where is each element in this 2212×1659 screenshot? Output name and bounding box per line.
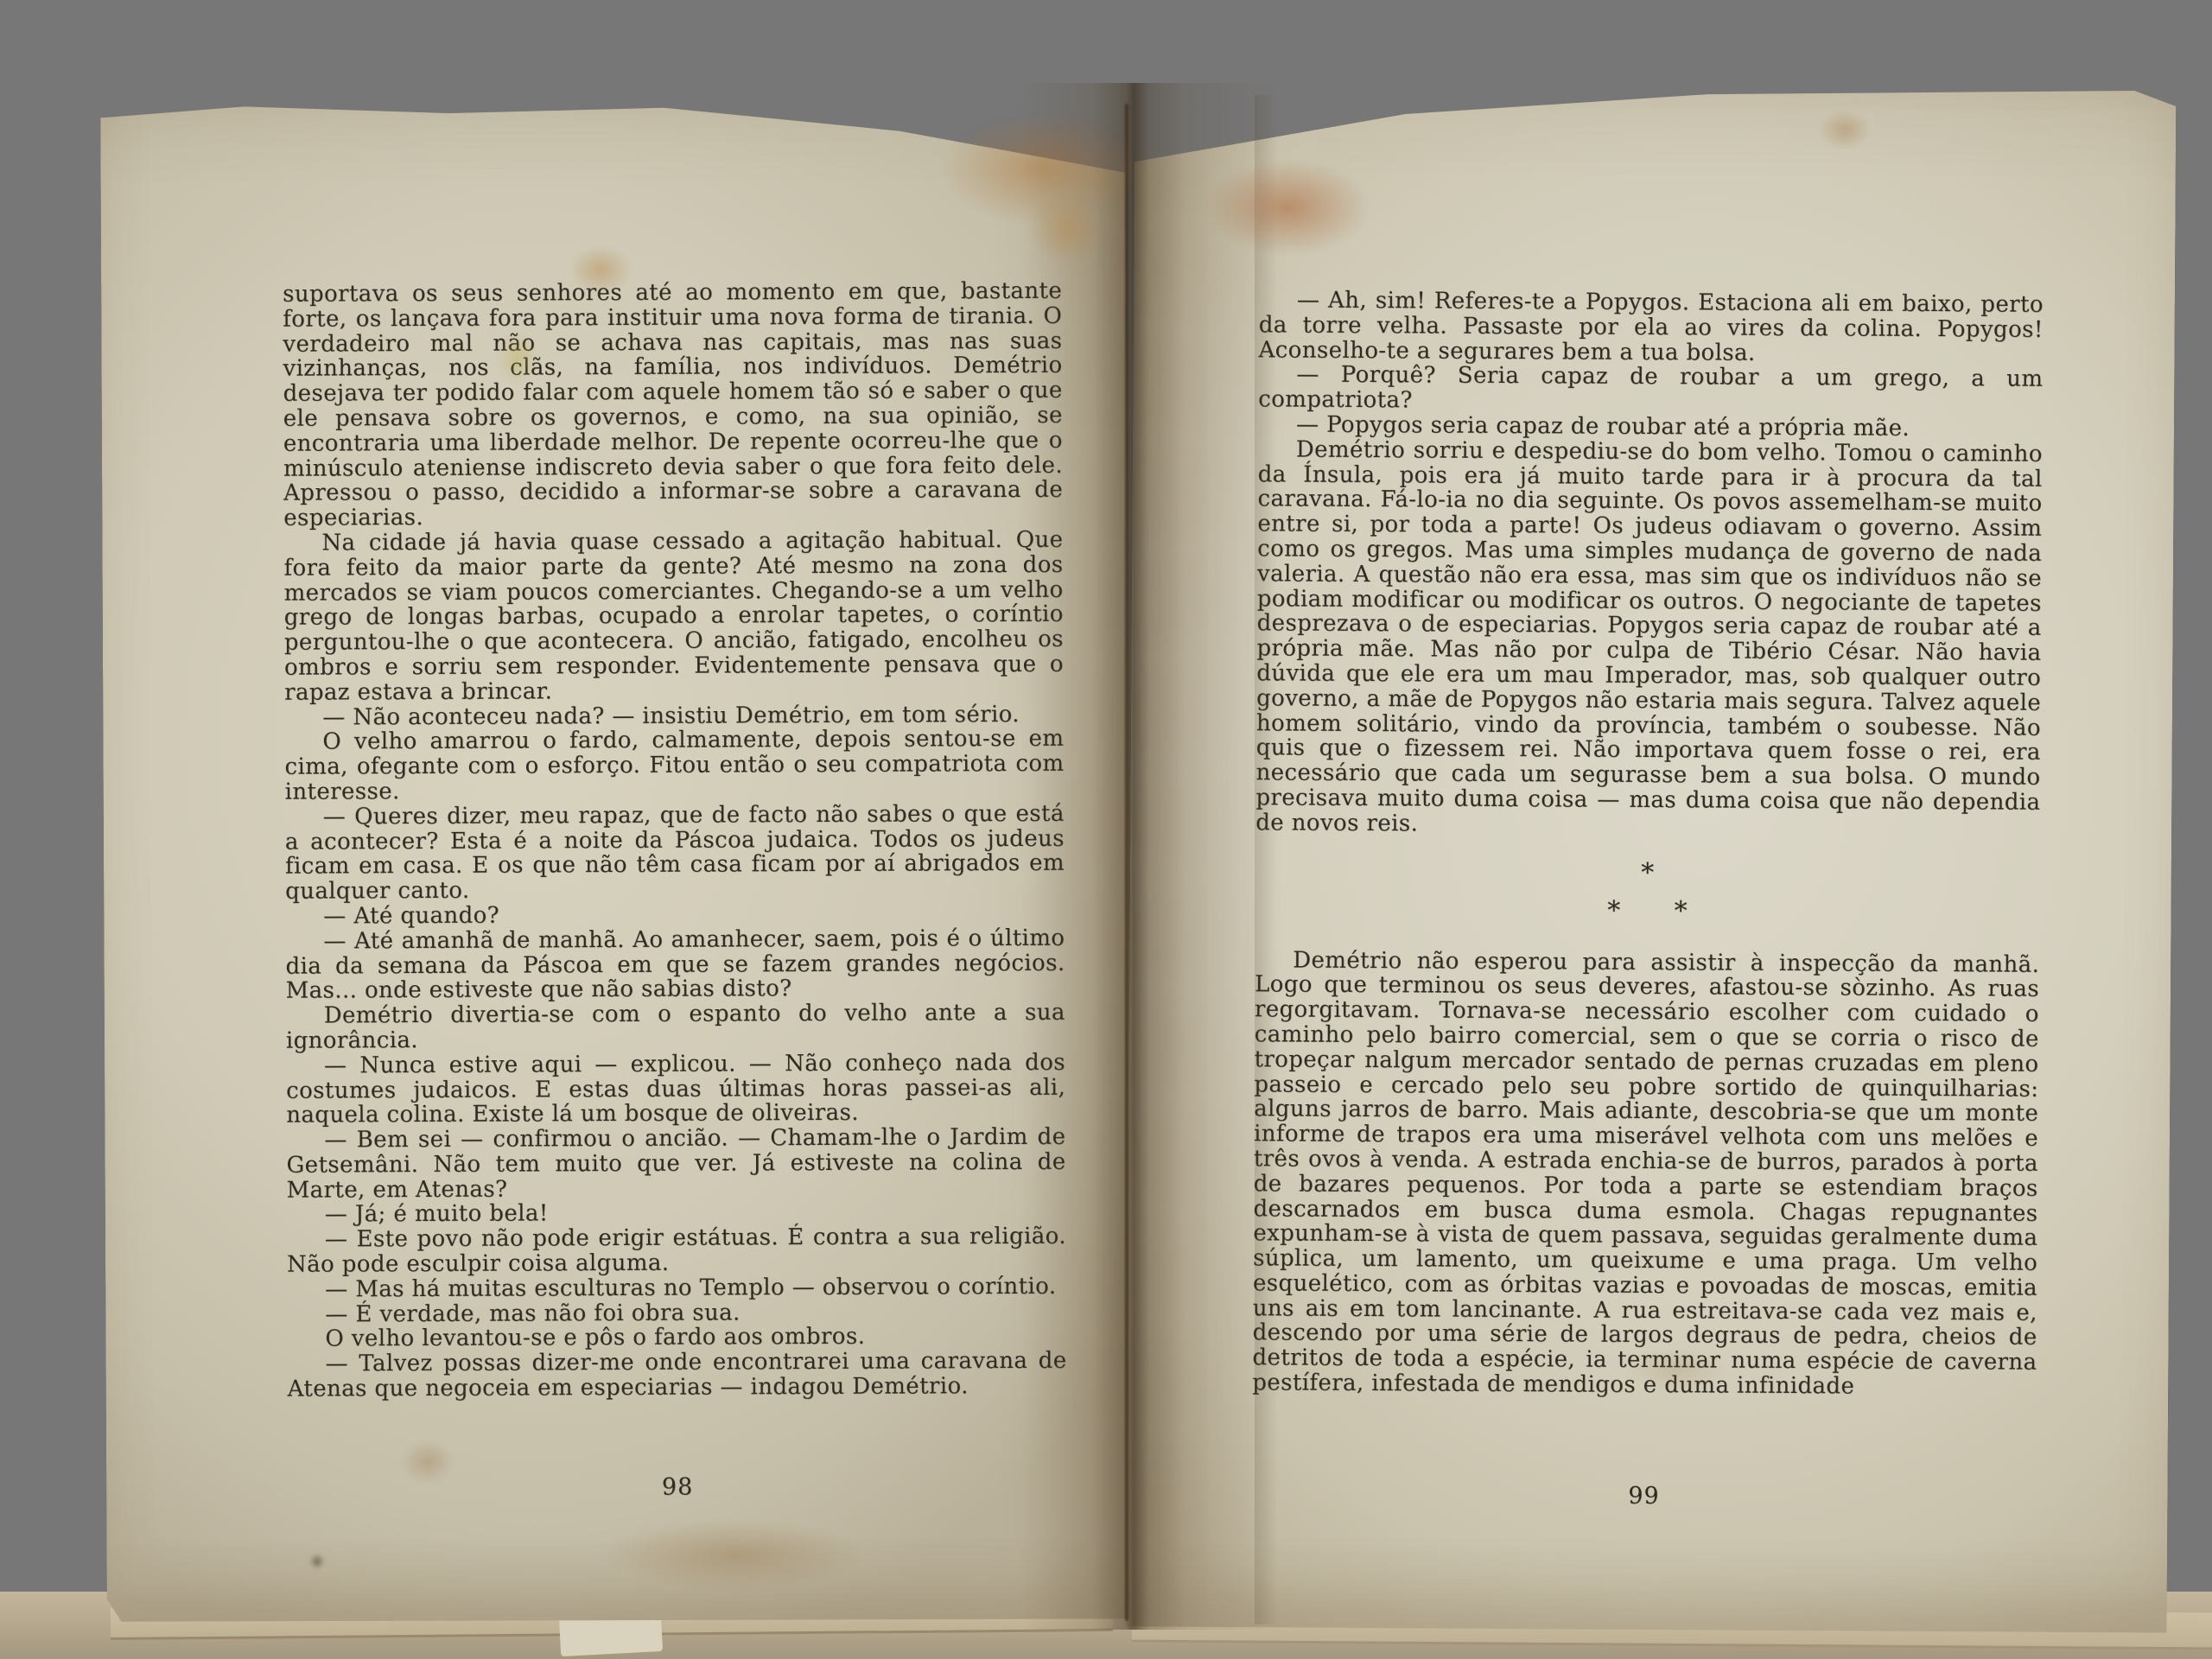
photo-open-book: suportava os seus senhores até ao moment… [0, 0, 2212, 1659]
paragraph: — Talvez possas dizer-me onde encontrare… [287, 1349, 1066, 1402]
paragraph: Demétrio sorriu e despediu-se do bom vel… [1255, 437, 2043, 840]
gutter-fold-line [1125, 104, 1128, 1621]
paragraph: — Ah, sim! Referes-te a Popygos. Estacio… [1258, 288, 2044, 367]
paragraph: — Nunca estive aqui — explicou. — Não co… [286, 1050, 1065, 1128]
asterism-bottom-stars: * * [1255, 896, 2040, 927]
left-page: suportava os seus senhores até ao moment… [100, 99, 1132, 1623]
paragraph: — Queres dizer, meu rapaz, que de facto … [285, 801, 1065, 904]
asterism-top-star: * [1255, 858, 2040, 889]
right-page-crease [1255, 95, 1277, 1624]
paragraph: — Bem sei — confirmou o ancião. — Chamam… [286, 1125, 1065, 1203]
paragraph: Na cidade já havia quase cessado a agita… [283, 528, 1064, 706]
right-page-paragraphs-top: — Ah, sim! Referes-te a Popygos. Estacio… [1255, 288, 2044, 840]
right-page: — Ah, sim! Referes-te a Popygos. Estacio… [1126, 81, 2177, 1632]
left-page-number: 98 [288, 1472, 1067, 1503]
paragraph: Demétrio não esperou para assistir à ins… [1252, 948, 2039, 1401]
paragraph: — Mas há muitas esculturas no Templo — o… [287, 1274, 1066, 1303]
paragraph: O velho amarrou o fardo, calmamente, dep… [284, 727, 1064, 804]
right-page-text: — Ah, sim! Referes-te a Popygos. Estacio… [1252, 288, 2044, 1400]
paragraph: Demétrio divertia-se com o espanto do ve… [286, 1001, 1065, 1054]
paragraph: suportava os seus senhores até ao moment… [283, 279, 1063, 531]
paragraph: — Este povo não pode erigir estátuas. É … [287, 1224, 1066, 1278]
left-page-text: suportava os seus senhores até ao moment… [283, 279, 1067, 1402]
paragraph: — É verdade, mas não foi obra sua. [287, 1299, 1066, 1327]
section-break-asterism: * * * [1255, 858, 2040, 927]
paragraph: — Porquê? Seria capaz de roubar a um gre… [1258, 363, 2043, 417]
paragraph: — Até amanhã de manhã. Ao amanhecer, sae… [285, 925, 1065, 1003]
right-page-paragraphs-bottom: Demétrio não esperou para assistir à ins… [1252, 948, 2039, 1401]
right-page-number: 99 [1251, 1480, 2036, 1512]
